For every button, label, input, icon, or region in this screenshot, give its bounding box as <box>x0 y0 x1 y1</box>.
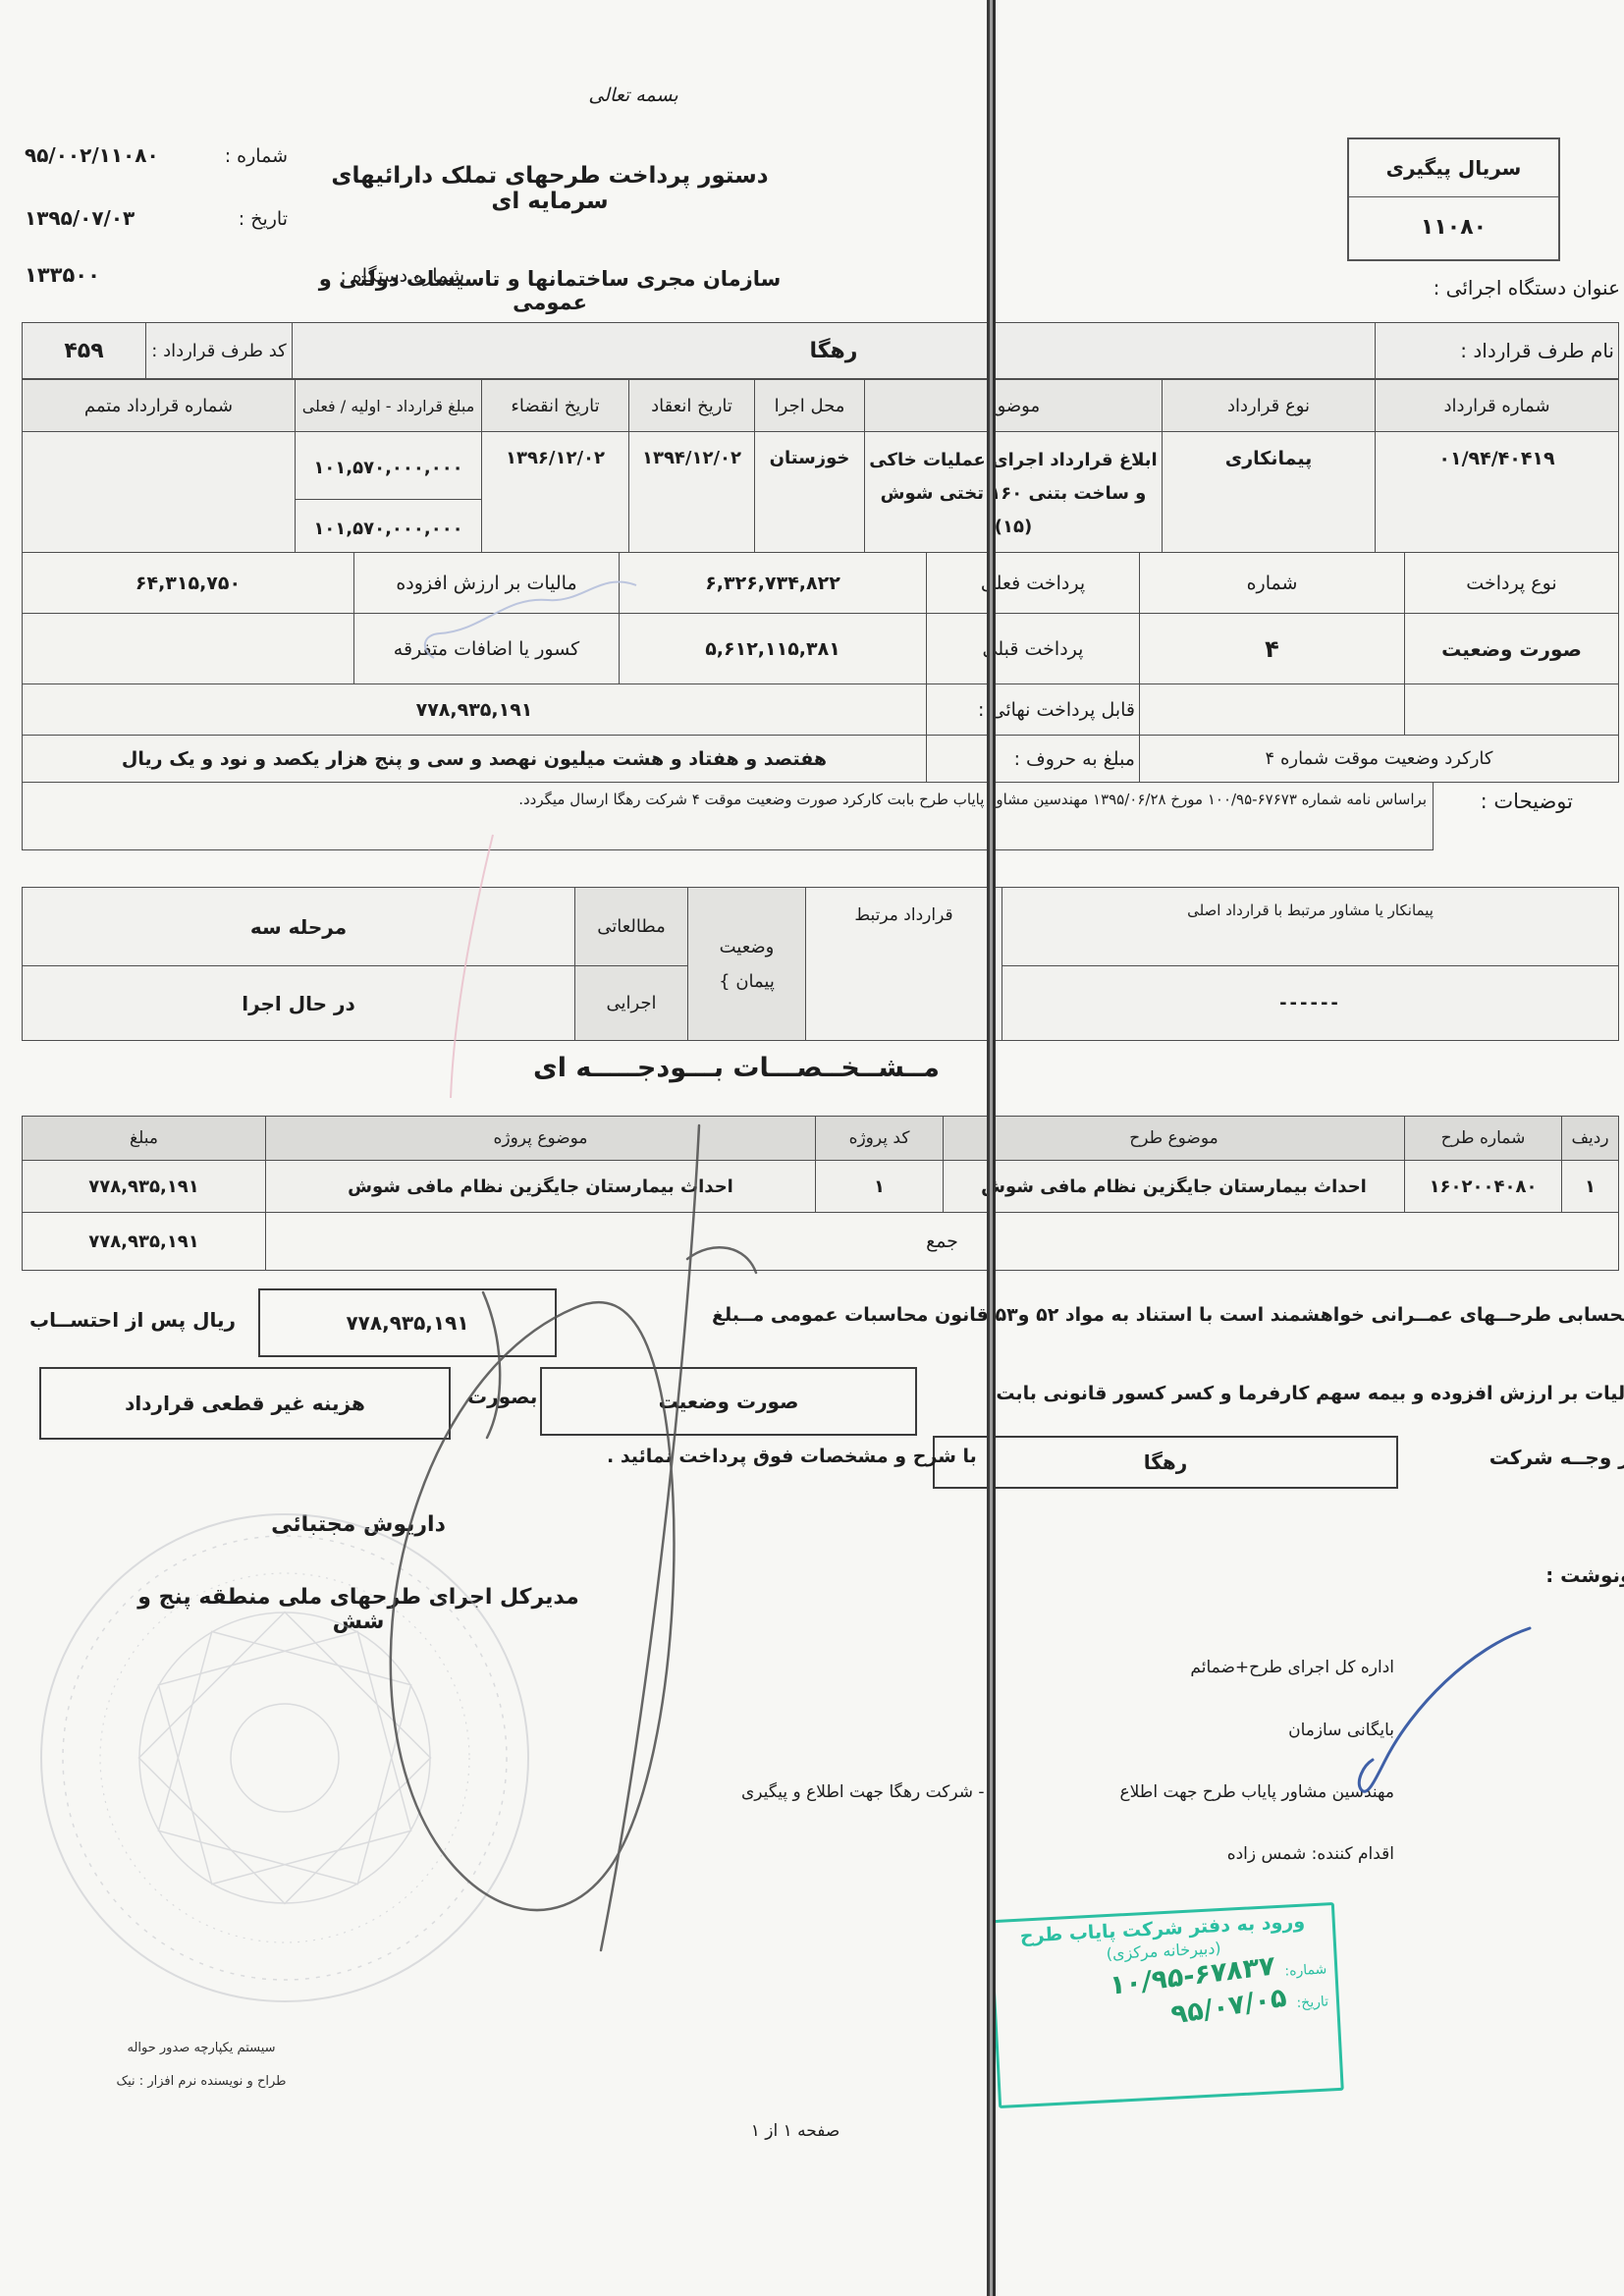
doc-number-value: ۹۵/۰۰۲/۱۱۰۸۰ <box>25 143 159 167</box>
device-number-value: ۱۳۳۵۰۰ <box>25 263 100 287</box>
budget-row-no: ۱ <box>1562 1161 1619 1213</box>
doc-number-row: شماره : ۹۵/۰۰۲/۱۱۰۸۰ <box>25 143 288 167</box>
payment-table: نوع پرداخت شماره پرداخت فعلی ۶,۳۲۶,۷۳۴,۸… <box>22 552 1619 783</box>
basmala: بسمه تعالی <box>550 84 717 106</box>
party-name-value: رهگا <box>293 323 1376 379</box>
remarks-text: براساس نامه شماره ۶۷۶۷۳-۱۰۰/۹۵ مورخ ۱۳۹۵… <box>518 791 1427 808</box>
amount-in-words-label: مبلغ به حروف : <box>927 736 1140 783</box>
scanned-payment-order-page: بسمه تعالی شماره : ۹۵/۰۰۲/۱۱۰۸۰ دستور پر… <box>0 0 1624 2296</box>
final-payable-value: ۷۷۸,۹۳۵,۱۹۱ <box>23 684 927 736</box>
col-plan-subject: موضوع طرح <box>944 1117 1405 1161</box>
doc-date-value: ۱۳۹۵/۰۷/۰۳ <box>25 206 135 230</box>
related-contract-label: قرارداد مرتبط <box>806 888 1002 1041</box>
related-consultant-value: ------ <box>1002 966 1619 1041</box>
copy-item-consultant: مهندسین مشاور پایاب طرح جهت اطلاع <box>1120 1782 1395 1802</box>
contract-type-value: پیمانکاری <box>1163 432 1376 567</box>
party-name-label: نام طرف قرارداد : <box>1376 323 1619 379</box>
copy-item-exec-office: اداره کل اجرای طرح+ضمائم <box>1190 1658 1394 1677</box>
final-payable-label: قابل پرداخت نهائی : <box>927 684 1140 736</box>
party-code-label: کد طرف قرارداد : <box>146 323 293 379</box>
pact-status-line2: { پیمان <box>692 971 801 992</box>
request-line2-mid: بصورت <box>467 1385 537 1408</box>
footer-system-line2: طراح و نویسنده نرم افزار : نیک <box>88 2074 314 2089</box>
exec-label: اجرایی <box>575 966 688 1041</box>
scan-fold-line <box>984 0 1000 2296</box>
copy-item-archive: بایگانی سازمان <box>1288 1721 1394 1740</box>
tracking-serial-value: ۱۱۰۸۰ <box>1349 197 1558 258</box>
agency-label: عنوان دستگاه اجرائی : <box>1434 276 1620 300</box>
payment-current-label: پرداخت فعلی <box>927 553 1140 614</box>
payment-deductions-label: کسور یا اضافات متفرقه <box>354 614 620 684</box>
col-expire-date: تاریخ انقضاء <box>482 380 629 432</box>
request-line2-right: مالیات بر ارزش افزوده و بیمه سهم کارفرما… <box>996 1383 1624 1404</box>
blue-pen-checkmark <box>1359 1628 1530 1791</box>
budget-project-subject: احداث بیمارستان جایگزین نظام مافی شوش <box>266 1161 816 1213</box>
payment-previous-label: پرداخت قبلی <box>927 614 1140 684</box>
budget-amount: ۷۷۸,۹۳۵,۱۹۱ <box>23 1161 266 1213</box>
device-number-label: شماره دستگاه : <box>340 265 464 287</box>
contract-party-row: نام طرف قرارداد : رهگا کد طرف قرارداد : … <box>22 322 1619 379</box>
contract-no-value: ۰۱/۹۴/۴۰۴۱۹ <box>1376 432 1619 567</box>
request-amount-box: ۷۷۸,۹۳۵,۱۹۱ <box>258 1288 557 1357</box>
empty-cell <box>1140 684 1405 736</box>
tracking-serial-box: سریال پیگیری ۱۱۰۸۰ <box>1347 137 1560 261</box>
device-number-row: شماره دستگاه : ۱۳۳۵۰۰ <box>25 263 464 287</box>
contract-amount-cell: ۱۰۱,۵۷۰,۰۰۰,۰۰۰ ۱۰۱,۵۷۰,۰۰۰,۰۰۰ <box>296 432 482 567</box>
related-consultant-label: پیمانکار یا مشاور مرتبط با قرارداد اصلی <box>1002 888 1619 966</box>
col-supplement-no: شماره قرارداد متمم <box>23 380 296 432</box>
col-contract-no: شماره قرارداد <box>1376 380 1619 432</box>
remarks-box: براساس نامه شماره ۶۷۶۷۳-۱۰۰/۹۵ مورخ ۱۳۹۵… <box>22 782 1434 850</box>
expense-type-box: هزینه غیر قطعی قرارداد <box>39 1367 451 1440</box>
budget-project-code: ۱ <box>816 1161 944 1213</box>
col-location: محل اجرا <box>755 380 865 432</box>
col-subject: موضوع <box>865 380 1163 432</box>
payment-current-value: ۶,۳۲۶,۷۳۴,۸۲۲ <box>620 553 927 614</box>
copy-item-handler: اقدام کننده: شمس زاده <box>1227 1844 1394 1864</box>
related-contract-table: پیمانکار یا مشاور مرتبط با قرارداد اصلی … <box>22 887 1619 1041</box>
contract-subject-value: ابلاغ قرارداد اجرای عملیات خاکی و ساخت ب… <box>865 432 1163 567</box>
request-line1-right: ذیحسابی طرحــهای عمــرانی خواهشمند است ب… <box>712 1304 1624 1326</box>
payment-previous-value: ۵,۶۱۲,۱۱۵,۳۸۱ <box>620 614 927 684</box>
col-amount: مبلغ قرارداد - اولیه / فعلی <box>296 380 482 432</box>
budget-title: مــشــخــصـــات بـــودجـــــه ای <box>295 1053 1178 1083</box>
budget-total-value: ۷۷۸,۹۳۵,۱۹۱ <box>23 1213 266 1271</box>
stamp-number-label: شماره: <box>1284 1961 1327 1979</box>
footer-system-line1: سیستم یکپارچه صدور حواله <box>88 2041 314 2055</box>
company-entry-stamp: ورود به دفتر شرکت پایاب طرح (دبیرخانه مر… <box>989 1902 1344 2108</box>
col-contract-type: نوع قرارداد <box>1163 380 1376 432</box>
col-sign-date: تاریخ انعقاد <box>629 380 755 432</box>
pact-status-cell: وضعیت { پیمان <box>688 888 806 1041</box>
statement-type-box: صورت وضعیت <box>540 1367 917 1436</box>
signatory-name: داریوش مجتبائی <box>236 1512 481 1537</box>
payee-company-box: رهگا <box>933 1436 1398 1489</box>
copies-label: رونوشت : <box>1545 1563 1624 1587</box>
contract-supplement-value <box>23 432 296 567</box>
page-title: دستور پرداخت طرحهای تملک دارائیهای سرمای… <box>309 163 790 214</box>
budget-plan-subject: احداث بیمارستان جایگزین نظام مافی شوش <box>944 1161 1405 1213</box>
budget-plan-no: ۱۶۰۲۰۰۴۰۸۰ <box>1405 1161 1562 1213</box>
doc-date-row: تاریخ : ۱۳۹۵/۰۷/۰۳ <box>25 206 288 230</box>
payment-number-value: ۴ <box>1140 614 1405 684</box>
pact-status-line1: وضعیت <box>692 937 801 957</box>
amount-in-words: هفتصد و هفتاد و هشت میلیون نهصد و سی و پ… <box>23 736 927 783</box>
payment-type-value: صورت وضعیت <box>1405 614 1619 684</box>
stamp-date-label: تاریخ: <box>1296 1994 1328 2011</box>
doc-number-label: شماره : <box>225 145 288 167</box>
col-plan-no: شماره طرح <box>1405 1117 1562 1161</box>
budget-table: ردیف شماره طرح موضوع طرح کد پروژه موضوع … <box>22 1116 1619 1271</box>
phase-label: مرحله سه <box>23 888 575 966</box>
tracking-serial-label: سریال پیگیری <box>1349 139 1558 197</box>
budget-total-label: جمع <box>266 1213 1619 1271</box>
col-project-subject: موضوع پروژه <box>266 1117 816 1161</box>
doc-date-label: تاریخ : <box>239 208 288 230</box>
copy-item-company: - شرکت رهگا جهت اطلاع و پیگیری <box>741 1782 985 1802</box>
contract-table: شماره قرارداد نوع قرارداد موضوع محل اجرا… <box>22 379 1619 567</box>
party-code-value: ۴۵۹ <box>23 323 146 379</box>
contract-location-value: خوزستان <box>755 432 865 567</box>
request-line3-right: در وجــه شرکت <box>1489 1446 1624 1469</box>
payment-number-label: شماره <box>1140 553 1405 614</box>
phase-value: در حال اجرا <box>23 966 575 1041</box>
payment-vat-label: مالیات بر ارزش افزوده <box>354 553 620 614</box>
work-statement-label: کارکرد وضعیت موقت شماره ۴ <box>1140 736 1619 783</box>
col-project-code: کد پروژه <box>816 1117 944 1161</box>
footer-page-number: صفحه ۱ از ۱ <box>687 2121 903 2141</box>
payment-vat-value: ۶۴,۳۱۵,۷۵۰ <box>23 553 354 614</box>
contract-expire-date-value: ۱۳۹۶/۱۲/۰۲ <box>482 432 629 567</box>
request-line3-left: با شرح و مشخصات فوق پرداخت نمائید . <box>607 1446 977 1467</box>
col-row-no: ردیف <box>1562 1117 1619 1161</box>
signatory-title: مدیرکل اجرای طرحهای ملی منطقه پنج و شش <box>118 1585 599 1634</box>
empty-cell <box>1405 684 1619 736</box>
contract-amount-initial: ۱۰۱,۵۷۰,۰۰۰,۰۰۰ <box>296 441 481 500</box>
study-label: مطالعاتی <box>575 888 688 966</box>
col-budget-amount: مبلغ <box>23 1117 266 1161</box>
remarks-label: توضیحات : <box>1481 790 1573 813</box>
contract-sign-date-value: ۱۳۹۴/۱۲/۰۲ <box>629 432 755 567</box>
contract-amount-current: ۱۰۱,۵۷۰,۰۰۰,۰۰۰ <box>296 500 481 558</box>
request-line1-left: ریال پس از احتســاب <box>29 1308 236 1332</box>
payment-type-label: نوع پرداخت <box>1405 553 1619 614</box>
payment-deductions-value <box>23 614 354 684</box>
